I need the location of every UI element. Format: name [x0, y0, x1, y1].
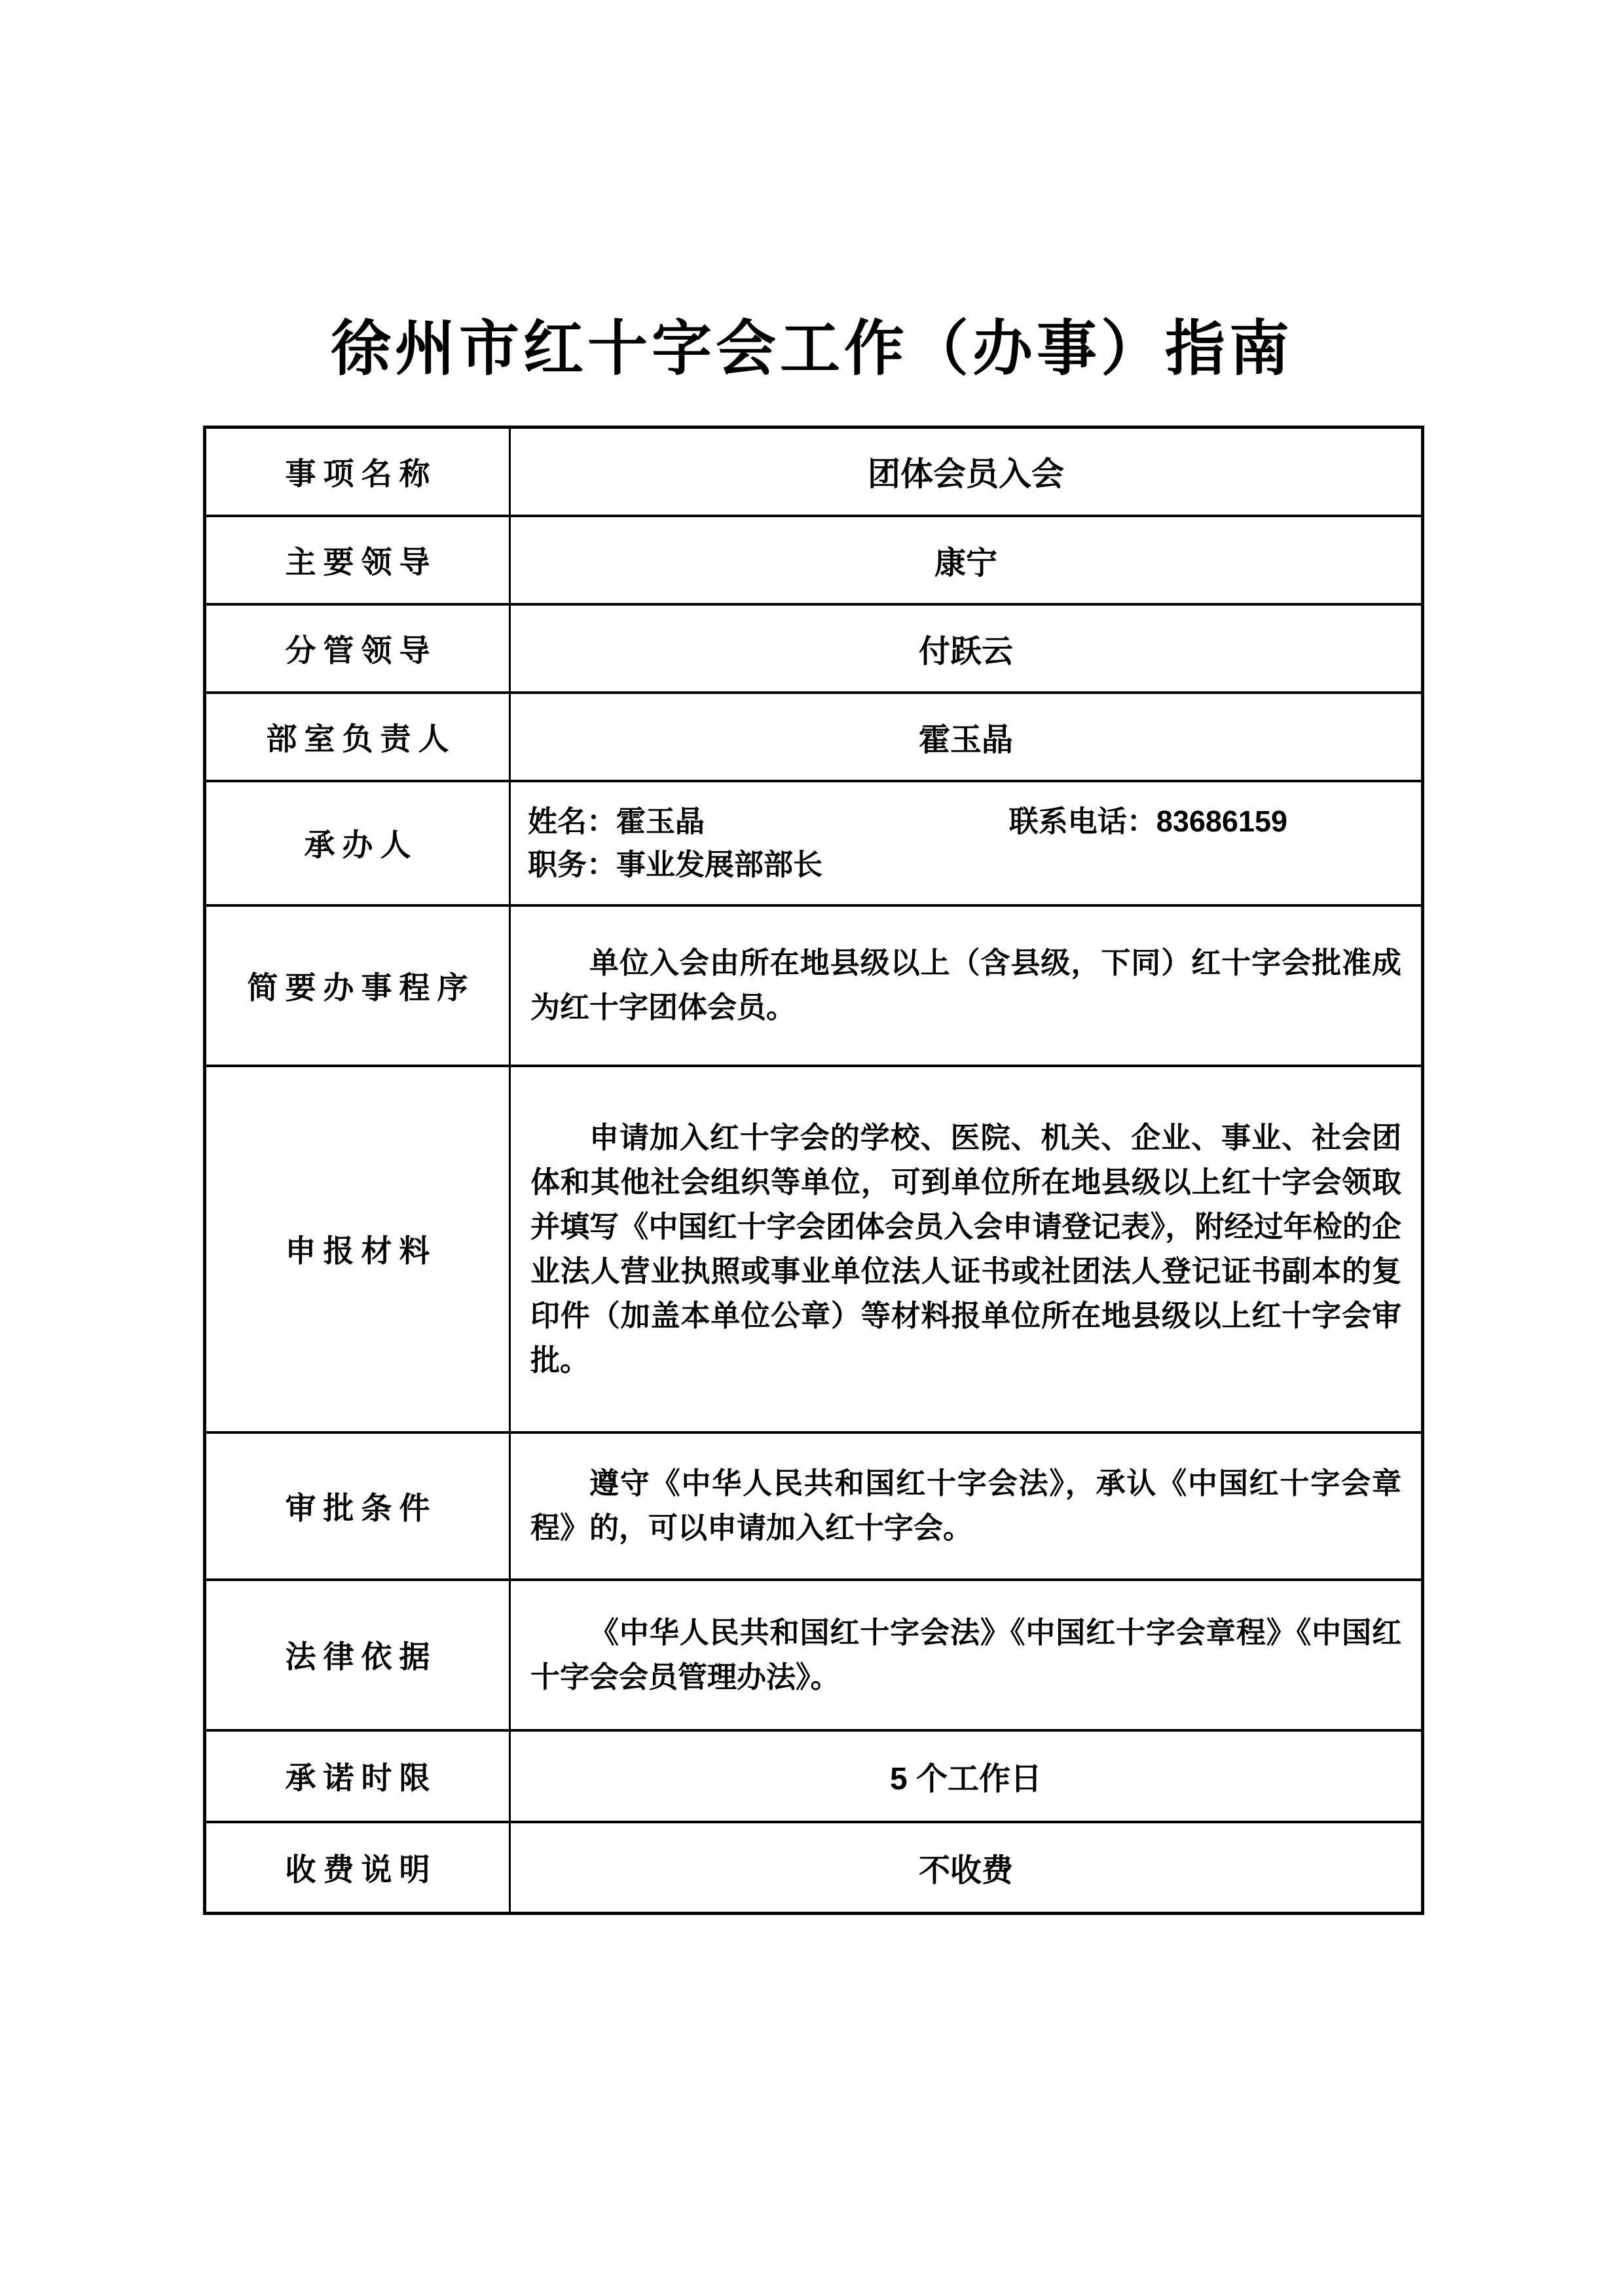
handler-duty: 职务：事业发展部部长 [528, 843, 1403, 886]
handler-phone: 联系电话：83686159 [1009, 800, 1403, 843]
table-row-handler: 承办人 姓名：霍玉晶 联系电话：83686159 职务：事业发展部部长 [205, 781, 1423, 905]
procedure-label-cell: 简要办事程序 [205, 905, 510, 1066]
fee-label: 收费说明 [286, 1846, 437, 1889]
department-head-label: 部室负责人 [267, 715, 456, 759]
procedure-text: 单位入会由所在地县级以上（含县级，下同）红十字会批准成为红十字团体会员。 [530, 941, 1401, 1030]
handler-value-cell: 姓名：霍玉晶 联系电话：83686159 职务：事业发展部部长 [510, 781, 1423, 905]
materials-text: 申请加入红十字会的学校、医院、机关、企业、事业、社会团体和其他社会组织等单位，可… [530, 1116, 1401, 1383]
legal-basis-text: 《中华人民共和国红十字会法》《中国红十字会章程》《中国红十字会会员管理办法》。 [530, 1611, 1401, 1700]
table-row-procedure: 简要办事程序 单位入会由所在地县级以上（含县级，下同）红十字会批准成为红十字团体… [205, 905, 1423, 1066]
page-title: 徐州市红十字会工作（办事）指南 [0, 313, 1624, 385]
department-head-value: 霍玉晶 [510, 693, 1423, 781]
materials-value-cell: 申请加入红十字会的学校、医院、机关、企业、事业、社会团体和其他社会组织等单位，可… [510, 1066, 1423, 1432]
table-row-materials: 申报材料 申请加入红十字会的学校、医院、机关、企业、事业、社会团体和其他社会组织… [205, 1066, 1423, 1432]
table-row-item-name: 事项名称 团体会员入会 [205, 428, 1423, 516]
procedure-label: 简要办事程序 [248, 964, 475, 1008]
handler-label-cell: 承办人 [205, 781, 510, 905]
fee-value: 不收费 [510, 1822, 1423, 1914]
table-row-department-head: 部室负责人 霍玉晶 [205, 693, 1423, 781]
document-page: 徐州市红十字会工作（办事）指南 事项名称 团体会员入会 主要领导 康宁 分管领导… [0, 0, 1624, 2296]
table-row-deputy-leader: 分管领导 付跃云 [205, 604, 1423, 693]
guide-table: 事项名称 团体会员入会 主要领导 康宁 分管领导 付跃云 部室负责人 霍玉晶 承… [203, 426, 1424, 1915]
time-limit-label-cell: 承诺时限 [205, 1730, 510, 1822]
main-leader-label: 主要领导 [286, 538, 437, 582]
time-limit-value: 5 个工作日 [510, 1730, 1423, 1822]
table-row-time-limit: 承诺时限 5 个工作日 [205, 1730, 1423, 1822]
materials-label: 申报材料 [286, 1227, 437, 1271]
legal-basis-label: 法律依据 [286, 1633, 437, 1677]
main-leader-value: 康宁 [510, 516, 1423, 604]
handler-line1: 姓名：霍玉晶 联系电话：83686159 [528, 800, 1403, 843]
approval-conditions-text: 遵守《中华人民共和国红十字会法》，承认《中国红十字会章程》的，可以申请加入红十字… [530, 1461, 1401, 1550]
table-row-main-leader: 主要领导 康宁 [205, 516, 1423, 604]
deputy-leader-value: 付跃云 [510, 604, 1423, 693]
department-head-label-cell: 部室负责人 [205, 693, 510, 781]
legal-basis-label-cell: 法律依据 [205, 1580, 510, 1730]
approval-conditions-label-cell: 审批条件 [205, 1432, 510, 1580]
handler-label: 承办人 [304, 821, 418, 865]
table-row-legal-basis: 法律依据 《中华人民共和国红十字会法》《中国红十字会章程》《中国红十字会会员管理… [205, 1580, 1423, 1730]
handler-name: 姓名：霍玉晶 [528, 800, 1009, 843]
procedure-value-cell: 单位入会由所在地县级以上（含县级，下同）红十字会批准成为红十字团体会员。 [510, 905, 1423, 1066]
materials-label-cell: 申报材料 [205, 1066, 510, 1432]
item-name-label-cell: 事项名称 [205, 428, 510, 516]
approval-conditions-label: 审批条件 [286, 1484, 437, 1528]
item-name-value: 团体会员入会 [510, 428, 1423, 516]
table-row-fee: 收费说明 不收费 [205, 1822, 1423, 1914]
main-leader-label-cell: 主要领导 [205, 516, 510, 604]
legal-basis-value-cell: 《中华人民共和国红十字会法》《中国红十字会章程》《中国红十字会会员管理办法》。 [510, 1580, 1423, 1730]
item-name-label: 事项名称 [286, 450, 437, 494]
time-limit-label: 承诺时限 [286, 1754, 437, 1798]
deputy-leader-label: 分管领导 [286, 627, 437, 670]
table-row-approval-conditions: 审批条件 遵守《中华人民共和国红十字会法》，承认《中国红十字会章程》的，可以申请… [205, 1432, 1423, 1580]
deputy-leader-label-cell: 分管领导 [205, 604, 510, 693]
approval-conditions-value-cell: 遵守《中华人民共和国红十字会法》，承认《中国红十字会章程》的，可以申请加入红十字… [510, 1432, 1423, 1580]
fee-label-cell: 收费说明 [205, 1822, 510, 1914]
